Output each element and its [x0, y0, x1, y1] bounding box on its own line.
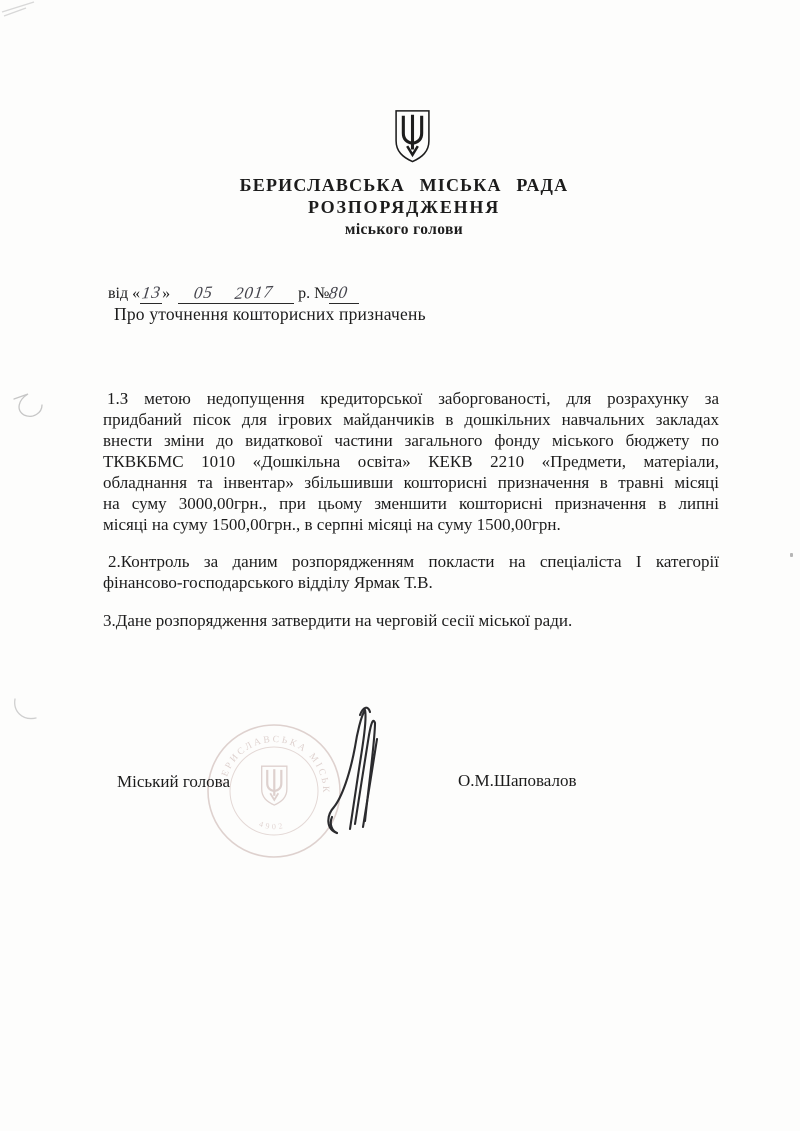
body-line: фінансово-господарського відділу Ярмак Т… — [103, 572, 719, 593]
organization-name: БЕРИСЛАВСЬКА МІСЬКА РАДА — [104, 175, 704, 195]
ukraine-trident-emblem-icon — [391, 108, 434, 164]
year-suffix: р. — [298, 285, 314, 302]
handwritten-signature — [313, 702, 391, 840]
issuer-subtitle: міського голови — [104, 221, 704, 238]
date-number-line: від «13»052017 р. №80 — [108, 283, 359, 304]
scanned-document-page: БЕРИСЛАВСЬКА МІСЬКА РАДА РОЗПОРЯДЖЕННЯ м… — [0, 0, 800, 1131]
body-line: місяці на суму 1500,00грн., в серпні міс… — [103, 514, 719, 535]
scan-curve-artifact — [10, 693, 48, 727]
handwritten-day: 13 — [140, 283, 162, 304]
body-line: на суму 3000,00грн., при цьому зменшити … — [103, 493, 719, 514]
date-prefix: від « — [108, 285, 140, 302]
body-line: ТКВКБМС 1010 «Дошкільна освіта» КЕКВ 221… — [103, 451, 719, 472]
paragraph-3: 3.Дане розпорядження затвердити на черго… — [103, 610, 719, 631]
handwritten-number: 80 — [328, 283, 350, 304]
signer-name: О.М.Шаповалов — [458, 771, 576, 791]
document-subject: Про уточнення кошторисних призначень — [114, 304, 426, 325]
body-line: внести зміни до видаткової частини загал… — [103, 430, 719, 451]
handwritten-year: 2017 — [234, 282, 275, 304]
document-header: БЕРИСЛАВСЬКА МІСЬКА РАДА РОЗПОРЯДЖЕННЯ м… — [104, 175, 704, 238]
scan-curve-artifact — [8, 388, 50, 422]
svg-text:4902: 4902 — [258, 819, 287, 831]
scan-corner-artifact — [0, 0, 56, 20]
paragraph-1: 1.З метою недопущення кредиторської забо… — [103, 388, 719, 535]
body-line: придбаний пісок для ігрових майданчиків … — [103, 409, 719, 430]
body-line: обладнання та інвентар» збільшивши кошто… — [103, 472, 719, 493]
signer-position: Міський голова — [117, 772, 230, 792]
stamp-code: 4902 — [258, 819, 287, 831]
body-line: 1.З метою недопущення кредиторської забо… — [103, 388, 719, 409]
scan-speck-artifact — [790, 553, 793, 557]
document-body: 1.З метою недопущення кредиторської забо… — [103, 388, 719, 631]
document-type-title: РОЗПОРЯДЖЕННЯ — [104, 197, 704, 217]
body-line: 2.Контроль за даним розпорядженням покла… — [103, 551, 719, 572]
handwritten-month: 05 — [193, 283, 215, 304]
paragraph-2: 2.Контроль за даним розпорядженням покла… — [103, 551, 719, 593]
body-line: 3.Дане розпорядження затвердити на черго… — [103, 610, 719, 631]
stamp-trident-icon — [262, 766, 287, 805]
date-close-quote: » — [162, 285, 170, 302]
